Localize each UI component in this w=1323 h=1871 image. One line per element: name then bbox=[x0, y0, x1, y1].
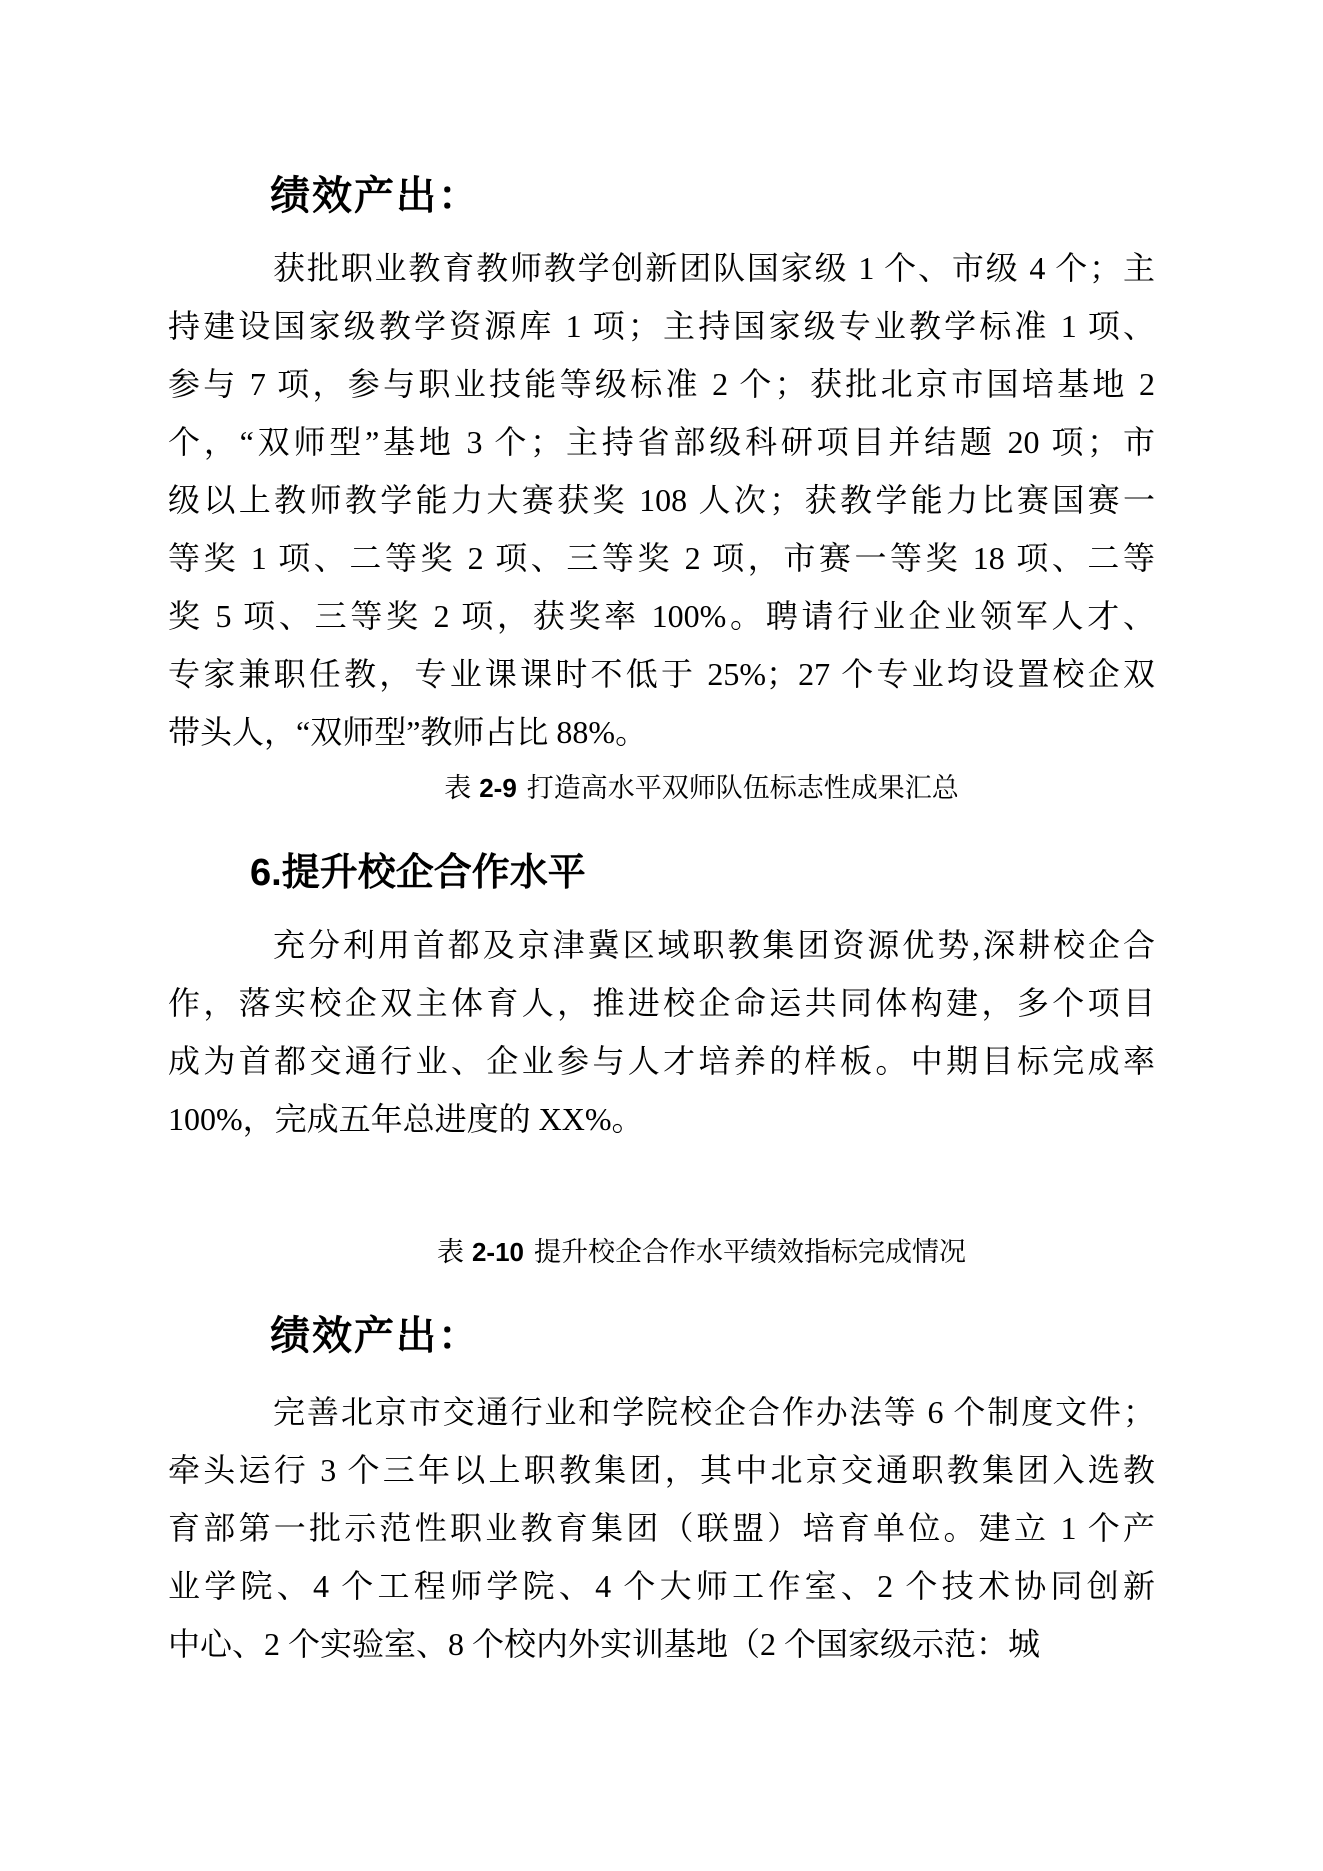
text-line: 牵头运行 3 个三年以上职教集团，其中北京交通职教集团入选教 bbox=[168, 1441, 1155, 1499]
text-line: 作，落实校企双主体育人，推进校企命运共同体构建，多个项目 bbox=[168, 974, 1155, 1032]
text-line: 个，“双师型”基地 3 个；主持省部级科研项目并结题 20 项；市 bbox=[168, 413, 1155, 471]
caption-label: 表 bbox=[437, 1237, 464, 1267]
caption-number: 2-9 bbox=[479, 773, 517, 803]
text-line: 中心、2 个实验室、8 个校内外实训基地（2 个国家级示范：城 bbox=[168, 1615, 1155, 1673]
text-line: 业学院、4 个工程师学院、4 个大师工作室、2 个技术协同创新 bbox=[168, 1557, 1155, 1615]
text-line: 奖 5 项、三等奖 2 项，获奖率 100%。聘请行业企业领军人才、 bbox=[168, 587, 1155, 645]
caption-title: 提升校企合作水平绩效指标完成情况 bbox=[534, 1237, 966, 1267]
table-2-9-caption: 表2-9打造高水平双师队伍标志性成果汇总 bbox=[168, 770, 1195, 806]
text-line: 专家兼职任教，专业课课时不低于 25%；27 个专业均设置校企双 bbox=[168, 645, 1155, 703]
text-line: 完善北京市交通行业和学院校企合作办法等 6 个制度文件； bbox=[168, 1383, 1155, 1441]
document-page: 绩效产出： 获批职业教育教师教学创新团队国家级 1 个、市级 4 个；主持建设国… bbox=[0, 0, 1323, 1871]
para-school-enterprise-results: 完善北京市交通行业和学院校企合作办法等 6 个制度文件；牵头运行 3 个三年以上… bbox=[168, 1383, 1155, 1673]
section-6-heading: 6.提升校企合作水平 bbox=[250, 850, 586, 896]
table-2-10-caption: 表2-10提升校企合作水平绩效指标完成情况 bbox=[168, 1234, 1195, 1270]
para-dual-teacher-results: 获批职业教育教师教学创新团队国家级 1 个、市级 4 个；主持建设国家级教学资源… bbox=[168, 239, 1155, 761]
performance-output-heading-2: 绩效产出： bbox=[270, 1312, 480, 1360]
para-school-enterprise-intro: 充分利用首都及京津冀区域职教集团资源优势,深耕校企合作，落实校企双主体育人，推进… bbox=[168, 916, 1155, 1148]
text-line: 持建设国家级教学资源库 1 项；主持国家级专业教学标准 1 项、 bbox=[168, 297, 1155, 355]
text-line: 100%，完成五年总进度的 XX%。 bbox=[168, 1090, 1155, 1148]
text-line: 参与 7 项，参与职业技能等级标准 2 个；获批北京市国培基地 2 bbox=[168, 355, 1155, 413]
caption-title: 打造高水平双师队伍标志性成果汇总 bbox=[527, 773, 959, 803]
text-line: 成为首都交通行业、企业参与人才培养的样板。中期目标完成率 bbox=[168, 1032, 1155, 1090]
text-line: 等奖 1 项、二等奖 2 项、三等奖 2 项，市赛一等奖 18 项、二等 bbox=[168, 529, 1155, 587]
text-line: 充分利用首都及京津冀区域职教集团资源优势,深耕校企合 bbox=[168, 916, 1155, 974]
text-line: 带头人，“双师型”教师占比 88%。 bbox=[168, 703, 1155, 761]
caption-label: 表 bbox=[444, 773, 471, 803]
text-line: 级以上教师教学能力大赛获奖 108 人次；获教学能力比赛国赛一 bbox=[168, 471, 1155, 529]
caption-number: 2-10 bbox=[472, 1237, 524, 1267]
text-line: 获批职业教育教师教学创新团队国家级 1 个、市级 4 个；主 bbox=[168, 239, 1155, 297]
text-line: 育部第一批示范性职业教育集团（联盟）培育单位。建立 1 个产 bbox=[168, 1499, 1155, 1557]
performance-output-heading-1: 绩效产出： bbox=[270, 172, 480, 220]
